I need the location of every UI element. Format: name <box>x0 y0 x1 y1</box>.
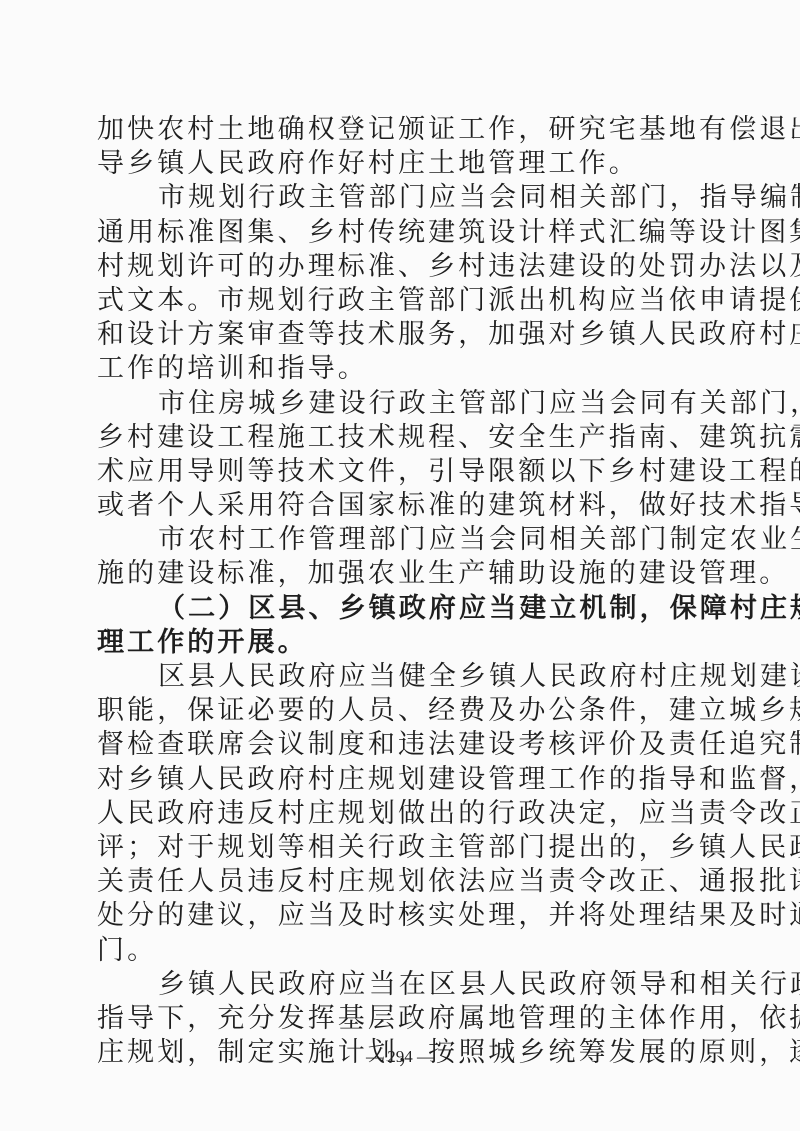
section-heading-line: 理工作的开展。 <box>97 626 708 660</box>
document-body: 加快农村土地确权登记颁证工作，研究宅基地有偿退出机制，指导乡镇人民政府作好村庄土… <box>97 113 708 1070</box>
text-line: 村规划许可的办理标准、乡村违法建设的处罚办法以及相关的格 <box>97 250 708 284</box>
text-line: 区县人民政府应当健全乡镇人民政府村庄规划建设管理工作 <box>97 660 708 694</box>
text-line: 和设计方案审查等技术服务，加强对乡镇人民政府村庄规划有关 <box>97 318 708 352</box>
text-line: 施的建设标准，加强农业生产辅助设施的建设管理。 <box>97 557 708 591</box>
text-line: 乡镇人民政府应当在区县人民政府领导和相关行政主管部门 <box>97 968 708 1002</box>
text-line: 市农村工作管理部门应当会同相关部门制定农业生产辅助设 <box>97 523 708 557</box>
text-line: 督检查联席会议制度和违法建设考核评价及责任追究制度，加强 <box>97 728 708 762</box>
text-line: 市规划行政主管部门应当会同相关部门，指导编制村民住宅 <box>97 181 708 215</box>
text-line: 职能，保证必要的人员、经费及办公条件，建立城乡规划建设监 <box>97 694 708 728</box>
page-number: — 294 — <box>0 1047 800 1067</box>
section-heading-line: （二）区县、乡镇政府应当建立机制，保障村庄规划建设管 <box>97 592 708 626</box>
text-line: 乡村建设工程施工技术规程、安全生产指南、建筑抗震与节能技 <box>97 421 708 455</box>
text-line: 工作的培训和指导。 <box>97 352 708 386</box>
text-line: 评；对于规划等相关行政主管部门提出的，乡镇人民政府或者有 <box>97 831 708 865</box>
text-line: 加快农村土地确权登记颁证工作，研究宅基地有偿退出机制，指 <box>97 113 708 147</box>
text-line: 关责任人员违反村庄规划依法应当责令改正、通报批评或者予以 <box>97 865 708 899</box>
text-line: 市住房城乡建设行政主管部门应当会同有关部门，组织编制 <box>97 387 708 421</box>
text-line: 门。 <box>97 934 708 968</box>
text-line: 或者个人采用符合国家标准的建筑材料，做好技术指导和服务。 <box>97 489 708 523</box>
text-line: 术应用导则等技术文件，引导限额以下乡村建设工程的建设单位 <box>97 455 708 489</box>
text-line: 处分的建议，应当及时核实处理，并将处理结果及时通报相关部 <box>97 899 708 933</box>
text-line: 式文本。市规划行政主管部门派出机构应当依申请提供规划条件 <box>97 284 708 318</box>
text-line: 对乡镇人民政府村庄规划建设管理工作的指导和监督，对于乡镇 <box>97 763 708 797</box>
text-line: 指导下，充分发挥基层政府属地管理的主体作用，依据批准的村 <box>97 1002 708 1036</box>
text-line: 人民政府违反村庄规划做出的行政决定，应当责令改正、通报批 <box>97 797 708 831</box>
text-line: 通用标准图集、乡村传统建筑设计样式汇编等设计图集，明确乡 <box>97 216 708 250</box>
text-line: 导乡镇人民政府作好村庄土地管理工作。 <box>97 147 708 181</box>
